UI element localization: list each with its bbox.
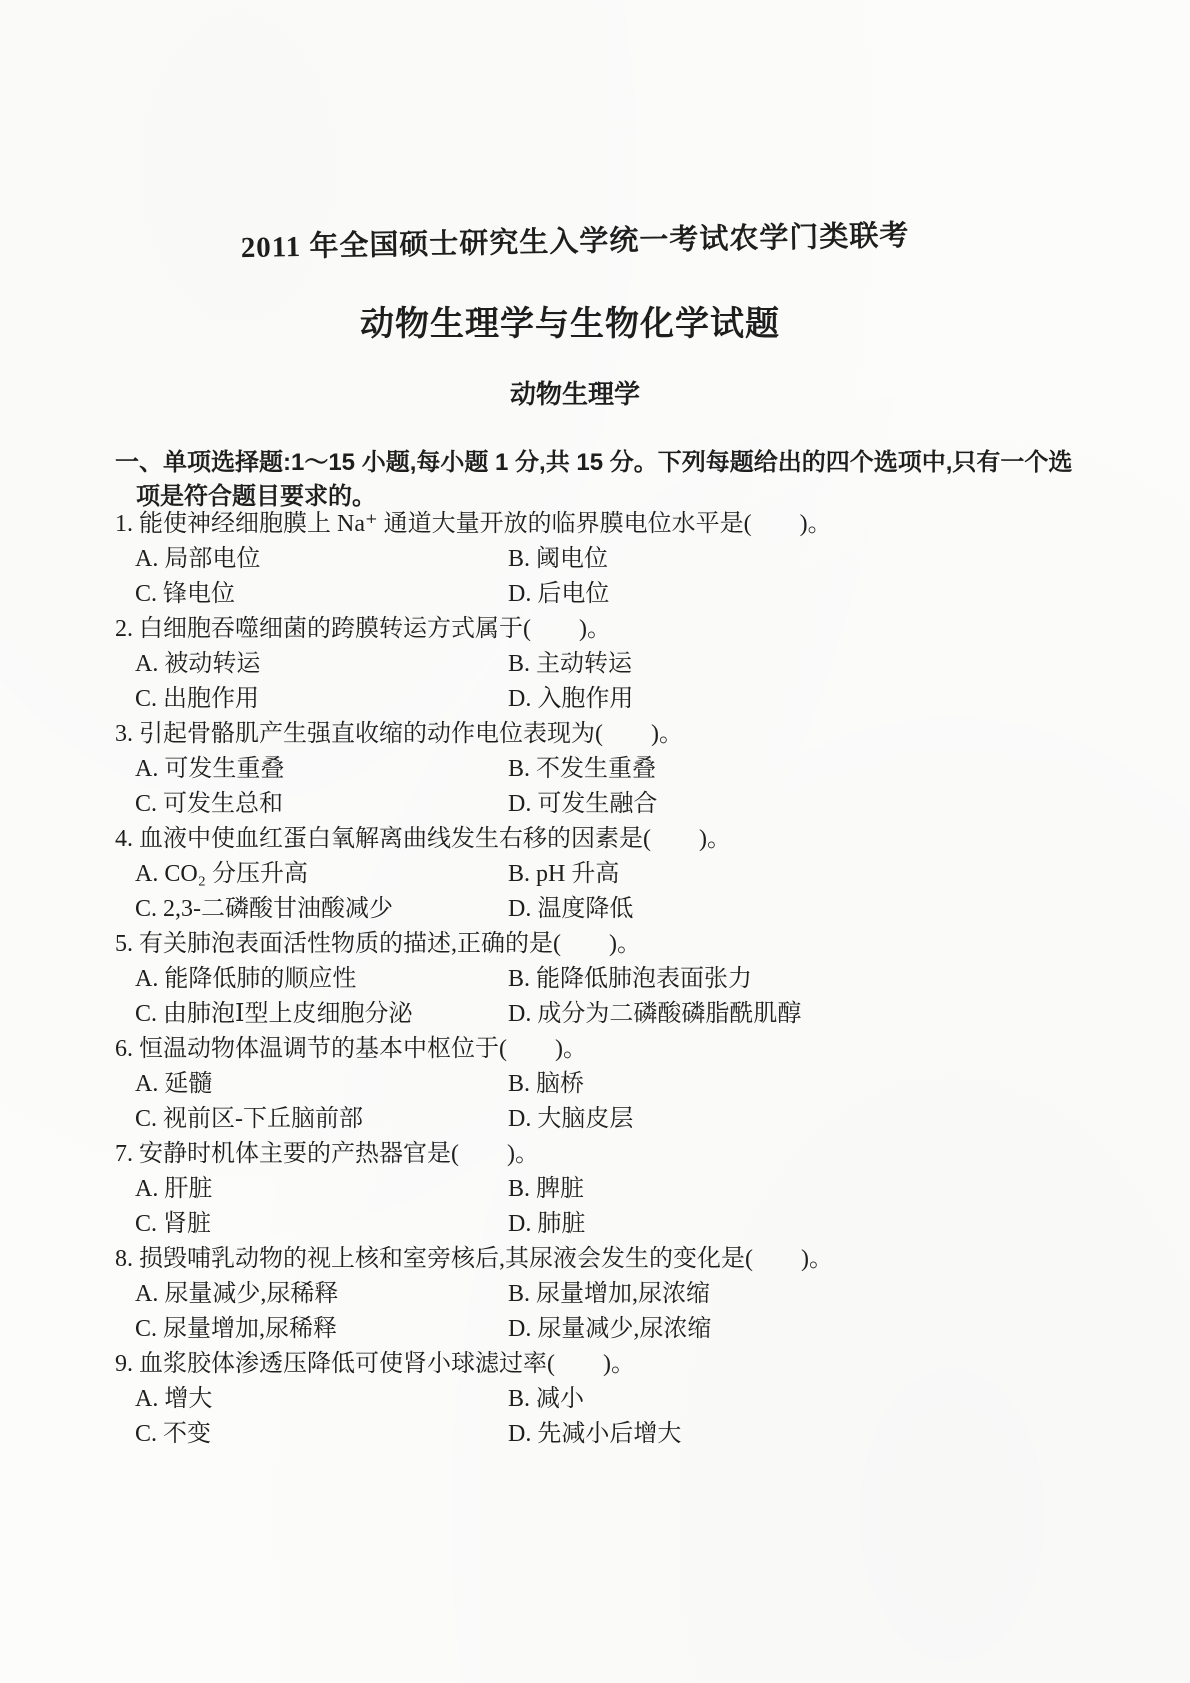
option-d: D. 尿量减少,尿浓缩	[508, 1312, 711, 1347]
option-b: B. 脾脏	[508, 1172, 584, 1207]
option-d: D. 后电位	[508, 577, 609, 612]
option-row: C. 出胞作用D. 入胞作用	[115, 682, 1115, 717]
section-instructions: 一、单项选择题:1～15 小题,每小题 1 分,共 15 分。下列每题给出的四个…	[115, 446, 1072, 514]
option-a: A. 能降低肺的顺应性	[135, 962, 508, 997]
option-a: A. 被动转运	[135, 647, 508, 682]
question-stem: 2. 白细胞吞噬细菌的跨膜转运方式属于( )。	[115, 612, 1115, 647]
question-6: 6. 恒温动物体温调节的基本中枢位于( )。 A. 延髓B. 脑桥 C. 视前区…	[115, 1032, 1115, 1137]
option-a: A. 尿量减少,尿稀释	[135, 1277, 508, 1312]
option-row: A. 能降低肺的顺应性B. 能降低肺泡表面张力	[115, 962, 1115, 997]
option-b: B. 减小	[508, 1382, 584, 1417]
question-stem: 9. 血浆胶体渗透压降低可使肾小球滤过率( )。	[115, 1347, 1115, 1382]
option-c: C. 可发生总和	[135, 787, 508, 822]
question-stem: 3. 引起骨骼肌产生强直收缩的动作电位表现为( )。	[115, 717, 1115, 752]
exam-subtitle: 动物生理学与生物化学试题	[0, 296, 1140, 345]
option-c: C. 不变	[135, 1417, 508, 1452]
question-stem: 4. 血液中使血红蛋白氧解离曲线发生右移的因素是( )。	[115, 822, 1115, 857]
option-c: C. 2,3-二磷酸甘油酸减少	[135, 892, 508, 927]
question-4: 4. 血液中使血红蛋白氧解离曲线发生右移的因素是( )。 A. CO₂ 分压升高…	[115, 822, 1115, 927]
question-8: 8. 损毁哺乳动物的视上核和室旁核后,其尿液会发生的变化是( )。 A. 尿量减…	[115, 1242, 1115, 1347]
option-row: C. 可发生总和D. 可发生融合	[115, 787, 1115, 822]
option-b: B. 能降低肺泡表面张力	[508, 962, 752, 997]
option-a: A. CO₂ 分压升高	[135, 857, 508, 892]
option-row: C. 2,3-二磷酸甘油酸减少D. 温度降低	[115, 892, 1115, 927]
option-b: B. 尿量增加,尿浓缩	[508, 1277, 710, 1312]
option-b: B. pH 升高	[508, 857, 619, 892]
option-row: A. 被动转运B. 主动转运	[115, 647, 1115, 682]
option-a: A. 延髓	[135, 1067, 508, 1102]
option-d: D. 温度降低	[508, 892, 633, 927]
option-row: C. 视前区-下丘脑前部D. 大脑皮层	[115, 1102, 1115, 1137]
option-row: A. 尿量减少,尿稀释B. 尿量增加,尿浓缩	[115, 1277, 1115, 1312]
option-d: D. 成分为二磷酸磷脂酰肌醇	[508, 997, 801, 1032]
option-b: B. 主动转运	[508, 647, 632, 682]
option-b: B. 不发生重叠	[508, 752, 656, 787]
option-d: D. 先减小后增大	[508, 1417, 681, 1452]
option-row: A. 局部电位B. 阈电位	[115, 542, 1115, 577]
question-stem: 5. 有关肺泡表面活性物质的描述,正确的是( )。	[115, 927, 1115, 962]
option-row: A. 可发生重叠B. 不发生重叠	[115, 752, 1115, 787]
option-c: C. 锋电位	[135, 577, 508, 612]
option-row: A. CO₂ 分压升高B. pH 升高	[115, 857, 1115, 892]
option-c: C. 肾脏	[135, 1207, 508, 1242]
option-row: A. 肝脏B. 脾脏	[115, 1172, 1115, 1207]
option-row: A. 延髓B. 脑桥	[115, 1067, 1115, 1102]
section-heading: 动物生理学	[0, 374, 1150, 411]
option-a: A. 增大	[135, 1382, 508, 1417]
question-5: 5. 有关肺泡表面活性物质的描述,正确的是( )。 A. 能降低肺的顺应性B. …	[115, 927, 1115, 1032]
question-stem: 7. 安静时机体主要的产热器官是( )。	[115, 1137, 1115, 1172]
question-stem: 8. 损毁哺乳动物的视上核和室旁核后,其尿液会发生的变化是( )。	[115, 1242, 1115, 1277]
option-c: C. 尿量增加,尿稀释	[135, 1312, 508, 1347]
option-row: C. 锋电位D. 后电位	[115, 577, 1115, 612]
option-a: A. 局部电位	[135, 542, 508, 577]
option-row: A. 增大B. 减小	[115, 1382, 1115, 1417]
option-d: D. 大脑皮层	[508, 1102, 633, 1137]
option-d: D. 肺脏	[508, 1207, 585, 1242]
option-row: C. 由肺泡Ⅰ型上皮细胞分泌D. 成分为二磷酸磷脂酰肌醇	[115, 997, 1115, 1032]
option-a: A. 可发生重叠	[135, 752, 508, 787]
question-7: 7. 安静时机体主要的产热器官是( )。 A. 肝脏B. 脾脏 C. 肾脏D. …	[115, 1137, 1115, 1242]
question-stem: 6. 恒温动物体温调节的基本中枢位于( )。	[115, 1032, 1115, 1067]
exam-paper-page: 2011 年全国硕士研究生入学统一考试农学门类联考 动物生理学与生物化学试题 动…	[0, 0, 1190, 1683]
option-c: C. 视前区-下丘脑前部	[135, 1102, 508, 1137]
option-row: C. 肾脏D. 肺脏	[115, 1207, 1115, 1242]
instructions-line-1: 一、单项选择题:1～15 小题,每小题 1 分,共 15 分。下列每题给出的四个…	[115, 446, 1072, 480]
option-a: A. 肝脏	[135, 1172, 508, 1207]
question-1: 1. 能使神经细胞膜上 Na⁺ 通道大量开放的临界膜电位水平是( )。 A. 局…	[115, 507, 1115, 612]
exam-title: 2011 年全国硕士研究生入学统一考试农学门类联考	[0, 208, 1150, 270]
option-d: D. 入胞作用	[508, 682, 633, 717]
option-b: B. 阈电位	[508, 542, 608, 577]
question-2: 2. 白细胞吞噬细菌的跨膜转运方式属于( )。 A. 被动转运B. 主动转运 C…	[115, 612, 1115, 717]
option-c: C. 由肺泡Ⅰ型上皮细胞分泌	[135, 997, 508, 1032]
question-stem: 1. 能使神经细胞膜上 Na⁺ 通道大量开放的临界膜电位水平是( )。	[115, 507, 1115, 542]
option-row: C. 不变D. 先减小后增大	[115, 1417, 1115, 1452]
option-b: B. 脑桥	[508, 1067, 584, 1102]
option-d: D. 可发生融合	[508, 787, 657, 822]
option-c: C. 出胞作用	[135, 682, 508, 717]
question-3: 3. 引起骨骼肌产生强直收缩的动作电位表现为( )。 A. 可发生重叠B. 不发…	[115, 717, 1115, 822]
question-list: 1. 能使神经细胞膜上 Na⁺ 通道大量开放的临界膜电位水平是( )。 A. 局…	[115, 507, 1115, 1452]
option-row: C. 尿量增加,尿稀释D. 尿量减少,尿浓缩	[115, 1312, 1115, 1347]
question-9: 9. 血浆胶体渗透压降低可使肾小球滤过率( )。 A. 增大B. 减小 C. 不…	[115, 1347, 1115, 1452]
